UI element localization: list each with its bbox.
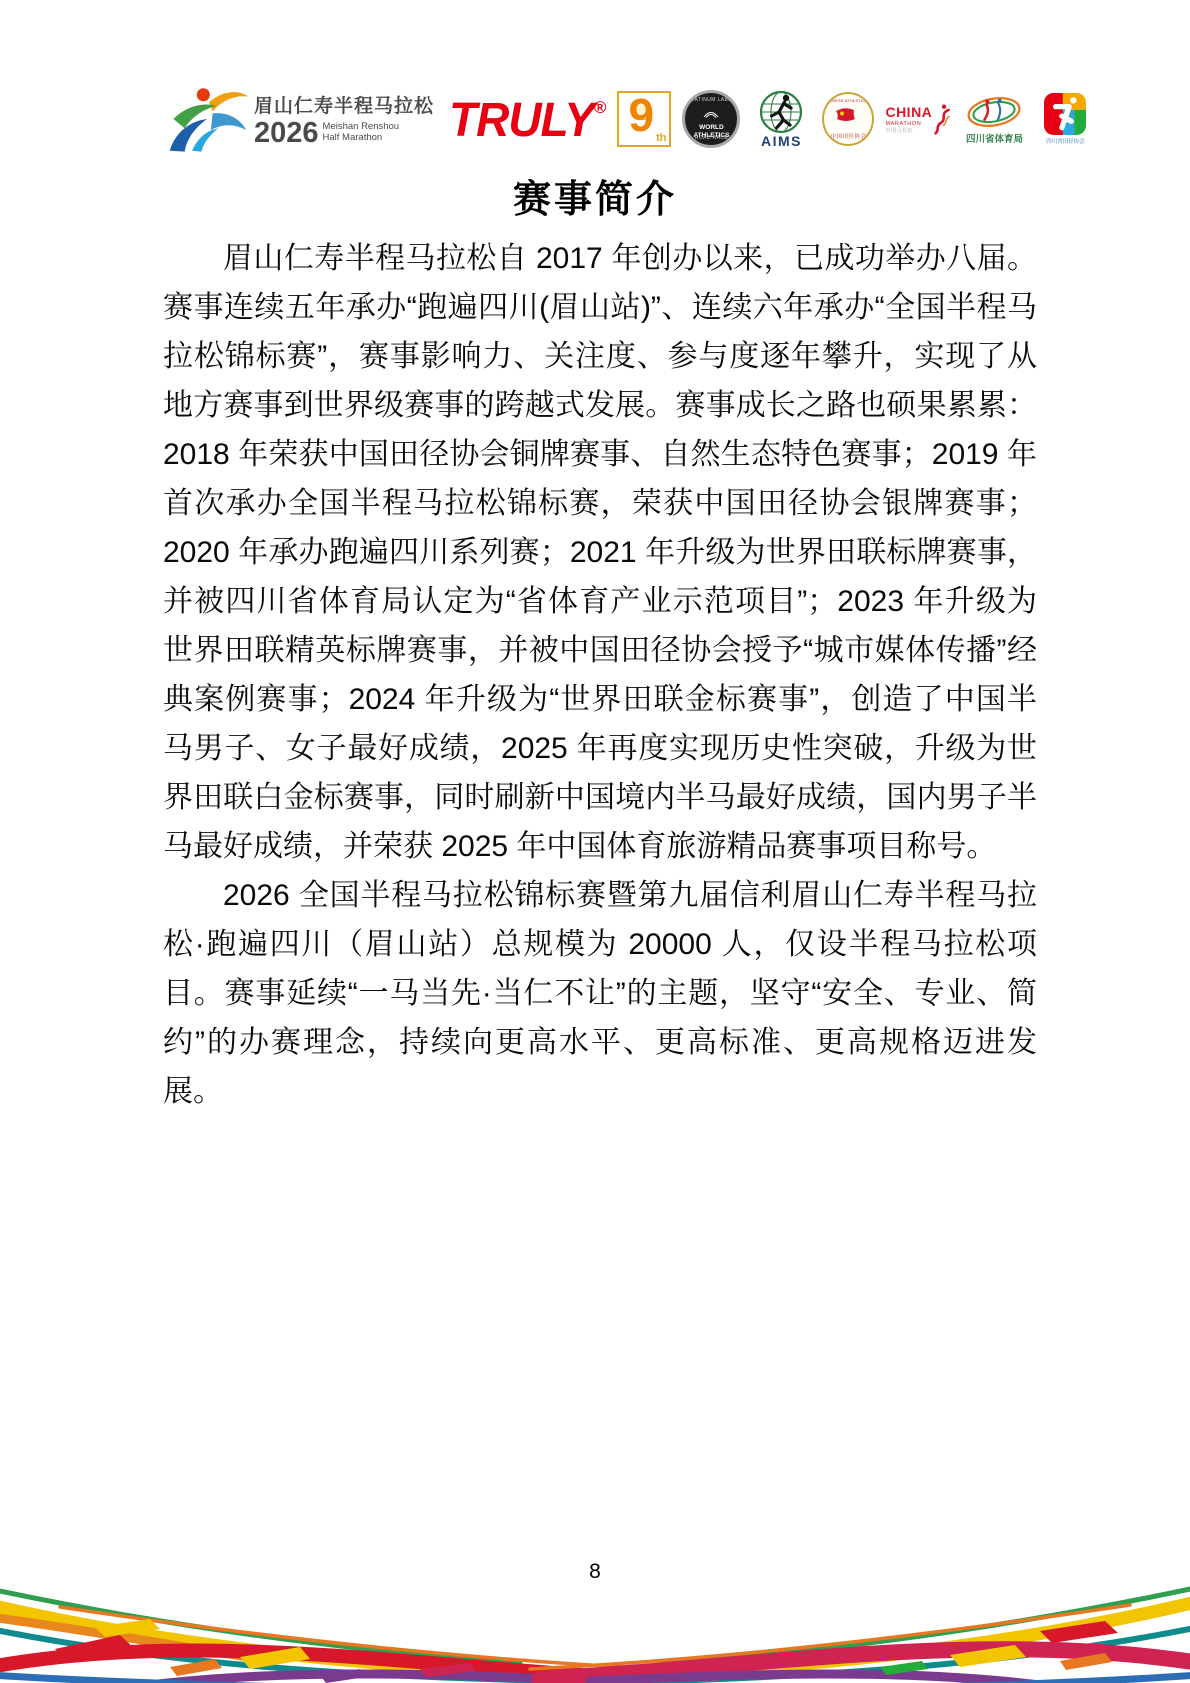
flag-icon bbox=[834, 107, 862, 124]
wa-ring-top-text: PLATINUM LABEL bbox=[685, 97, 737, 103]
page-header: 眉山仁寿半程马拉松 2026 Meishan Renshou Half Mara… bbox=[166, 82, 1026, 156]
event-name-row: 2026 Meishan Renshou Half Marathon bbox=[254, 119, 434, 148]
body-text: 眉山仁寿半程马拉松自 2017 年创办以来，已成功举办八届。赛事连续五年承办“跑… bbox=[163, 234, 1037, 1116]
aims-wordmark: AIMS bbox=[751, 134, 811, 148]
china-marathon-logo: CHINA MARATHON 中国马拉松 bbox=[885, 95, 951, 143]
event-year: 2026 bbox=[254, 119, 319, 148]
ninth-edition-number: 9 bbox=[628, 90, 654, 141]
scaa-label: 四川省田径协会 bbox=[1037, 137, 1093, 145]
sichuan-sports-bureau-logo: 四川省体育局 bbox=[962, 93, 1026, 145]
chinese-athletics-association-badge: CHINESE ATHLETICS ASSOCIATION 中国田径协会 bbox=[822, 92, 874, 146]
wa-ring-bottom-text: ROAD RACE bbox=[685, 135, 737, 141]
ribbon-runner-icon bbox=[933, 95, 951, 143]
china-marathon-text: CHINA MARATHON 中国马拉松 bbox=[885, 105, 932, 134]
event-name-zh: 眉山仁寿半程马拉松 bbox=[254, 91, 434, 118]
event-name-block: 眉山仁寿半程马拉松 2026 Meishan Renshou Half Mara… bbox=[254, 91, 434, 148]
world-athletics-arcs-icon bbox=[702, 108, 720, 118]
wa-line1: WORLD bbox=[685, 124, 737, 132]
event-logo: 眉山仁寿半程马拉松 2026 Meishan Renshou Half Mara… bbox=[166, 86, 434, 152]
truly-wordmark: TRULY bbox=[449, 95, 594, 143]
caa-ring-top-text: CHINESE ATHLETICS ASSOCIATION bbox=[824, 98, 872, 103]
registered-trademark-icon: ® bbox=[594, 98, 607, 118]
color-tile-runner-icon bbox=[1044, 93, 1086, 135]
aims-badge: AIMS bbox=[751, 90, 811, 148]
page-title: 赛事简介 bbox=[0, 168, 1190, 223]
intro-paragraph-1: 眉山仁寿半程马拉松自 2017 年创办以来，已成功举办八届。赛事连续五年承办“跑… bbox=[163, 234, 1037, 871]
event-name-en-line2: Half Marathon bbox=[323, 133, 400, 144]
truly-sponsor-logo: TRULY ® bbox=[449, 96, 606, 142]
ninth-edition-badge: 9 th bbox=[617, 91, 671, 147]
event-name-en: Meishan Renshou Half Marathon bbox=[323, 122, 400, 144]
aims-globe-runner-icon bbox=[759, 90, 803, 134]
cm-line1: CHINA bbox=[885, 105, 932, 119]
runner-emblem-icon bbox=[166, 86, 250, 152]
document-page: 眉山仁寿半程马拉松 2026 Meishan Renshou Half Mara… bbox=[0, 0, 1190, 1683]
ninth-edition-suffix: th bbox=[656, 132, 666, 144]
scsb-label: 四川省体育局 bbox=[962, 131, 1026, 145]
caa-ring-bottom-text: 中国田径协会 bbox=[824, 132, 872, 140]
world-athletics-platinum-badge: PLATINUM LABEL WORLD ATHLETICS ROAD RACE bbox=[682, 90, 740, 148]
sichuan-athletics-association-logo: 四川省田径协会 bbox=[1037, 93, 1093, 145]
cm-line3: 中国马拉松 bbox=[885, 127, 932, 134]
intro-paragraph-2: 2026 全国半程马拉松锦标赛暨第九届信利眉山仁寿半程马拉松·跑遍四川（眉山站）… bbox=[163, 871, 1037, 1116]
olympic-rings-figures-icon bbox=[965, 93, 1023, 131]
footer-wave-decoration bbox=[0, 1571, 1190, 1683]
